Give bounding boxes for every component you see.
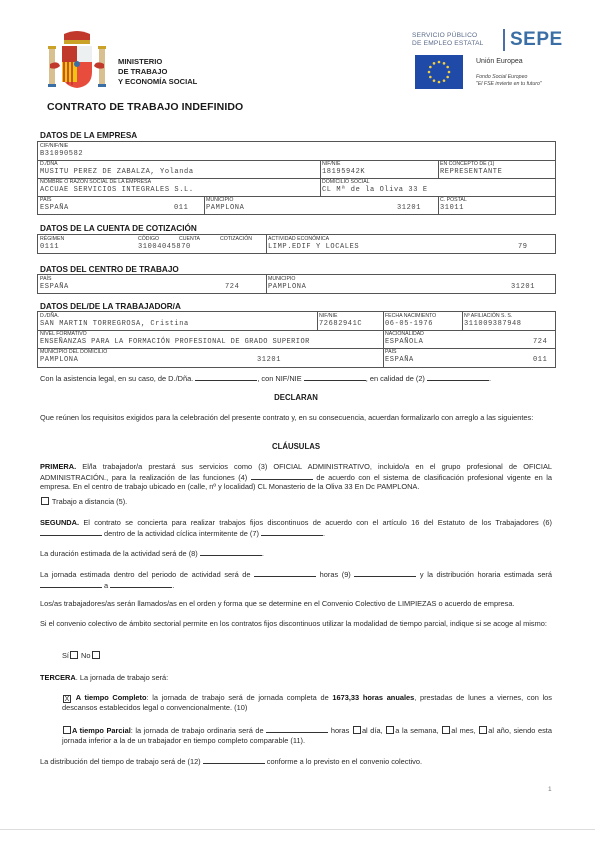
field-value: PAMPLONA [268,283,306,291]
field-value: ESPAÑOLA [385,338,423,346]
empresa-pais-field: PAÍS ESPAÑA 011 [38,196,204,215]
field-label: NIVEL FORMATIVO [40,331,87,337]
llamamiento-text: Los/as trabajadores/as serán llamados/as… [40,599,552,609]
cotizacion-cuenta-field: CÓDIGO CUENTA COTIZACIÓN 31004045870 [136,235,266,253]
field-value: ESPAÑA [385,356,414,364]
field-label: D./DÑA [40,161,58,167]
empresa-cp-field: C. POSTAL 31011 [438,196,555,215]
cotizacion-table: RÉGIMEN 0111 CÓDIGO CUENTA COTIZACIÓN 31… [37,234,556,254]
al-dia-checkbox[interactable] [353,726,361,734]
tiempo-parcial-label: A tiempo Parcial [72,726,131,735]
eu-name: Unión Europea [476,58,523,65]
ministry-line-1: MINISTERIO [118,57,197,67]
duracion-line: La duración estimada de la actividad ser… [40,548,552,559]
jornada-estimada-line: La jornada estimada dentro del periodo d… [40,569,552,590]
field-label: CÓDIGO [138,236,159,242]
declaran-heading: DECLARAN [40,393,552,403]
parcial-horas-blank[interactable] [266,725,328,733]
horario-hasta-blank[interactable] [110,580,172,588]
si-label: Sí [62,651,69,660]
trabajador-nacionalidad-field: NACIONALIDAD ESPAÑOLA 724 [383,330,555,348]
ministry-line-3: Y ECONOMÍA SOCIAL [118,77,197,87]
sepe-service-name: SERVICIO PÚBLICO DE EMPLEO ESTATAL [412,32,484,48]
field-label: RÉGIMEN [40,236,64,242]
clausula-segunda: SEGUNDA. El contrato se concierta para r… [40,518,552,538]
al-anio-checkbox[interactable] [479,726,487,734]
field-label: NOMBRE O RAZÓN SOCIAL DE LA EMPRESA [40,179,151,185]
field-value: PAMPLONA [206,204,244,212]
punctuation: . [489,374,491,383]
trabajo-distancia-option: Trabajo a distancia (5). [40,497,552,507]
eu-fund-slogan: "El FSE invierte en tu futuro" [476,81,542,88]
funciones-blank[interactable] [251,472,313,480]
eu-flag-icon [415,55,463,89]
field-label: COTIZACIÓN [220,236,252,242]
field-value: 0111 [40,243,59,251]
tiempo-parcial-text: : la jornada de trabajo ordinaria será d… [131,726,266,735]
field-value: MUSITU PEREZ DE ZABALZA, Yolanda [40,168,194,176]
segunda-text-cont: dentro de la actividad cíclica intermite… [102,529,261,538]
asistencia-calidad-blank[interactable] [427,373,489,381]
trabajador-nivel-field: NIVEL FORMATIVO ENSEÑANZAS PARA LA FORMA… [38,330,383,348]
cotizacion-regimen-field: RÉGIMEN 0111 [38,235,128,253]
field-value: PAMPLONA [40,356,78,364]
eu-fund-name: Fondo Social Europeo [476,74,542,81]
trabajador-pais-field: PAÍS ESPAÑA 011 [383,348,555,367]
asistencia-name-blank[interactable] [195,373,257,381]
segunda-text: El contrato se concierta para realizar t… [79,518,552,527]
field-code: 724 [533,338,547,346]
tiempo-completo-checkbox[interactable]: X [63,695,71,703]
tiempo-completo-label: A tiempo Completo [76,693,147,702]
clausula-tercera: TERCERA. La jornada de trabajo será: [40,673,552,683]
trabajador-fecha-field: FECHA NACIMIENTO 06-05-1976 [383,312,462,330]
field-label: CUENTA [179,236,200,242]
parcial-horas-text: horas [328,726,352,735]
field-label: PAÍS [385,349,396,355]
field-label: PAÍS [40,197,51,203]
actividad-ciclica-blank[interactable] [261,528,323,536]
field-label: NIF/NIE [322,161,340,167]
field-value: ACCUAE SERVICIOS INTEGRALES S.L. [40,186,194,194]
segunda-label: SEGUNDA. [40,518,79,527]
al-mes-checkbox[interactable] [442,726,450,734]
field-label: ACTIVIDAD ECONÓMICA [268,236,329,242]
tiempo-completo-text: : la jornada de trabajo será de jornada … [147,693,333,702]
document-title: CONTRATO DE TRABAJO INDEFINIDO [47,101,243,113]
empresa-dona-field: D./DÑA MUSITU PEREZ DE ZABALZA, Yolanda [38,160,320,178]
distribucion-text: La distribución del tiempo de trabajo se… [40,757,203,766]
tercera-text: . La jornada de trabajo será: [76,673,168,682]
field-label: D./DÑA. [40,313,59,319]
jornada-a-text: a [102,581,110,590]
cotizacion-actividad-field: ACTIVIDAD ECONÓMICA LIMP.EDIF Y LOCALES … [266,235,555,253]
centro-municipio-field: MUNICIPIO PAMPLONA 31201 [266,275,555,293]
field-label: DOMICILIO SOCIAL [322,179,370,185]
spain-coat-of-arms-logo [46,30,108,92]
duracion-blank[interactable] [200,548,262,556]
centro-table: PAÍS ESPAÑA 724 MUNICIPIO PAMPLONA 31201 [37,274,556,294]
field-label: C. POSTAL [440,197,467,203]
no-label: No [81,651,90,660]
empresa-table: CIF/NIF/NIE B31090582 D./DÑA MUSITU PERE… [37,141,556,215]
jornada-text: La jornada estimada dentro del periodo d… [40,570,254,579]
convenio-text: Si el convenio colectivo de ámbito secto… [40,619,552,629]
field-code: 31201 [397,204,421,212]
trabajo-distancia-label: Trabajo a distancia (5). [52,497,127,506]
field-label: NACIONALIDAD [385,331,424,337]
ministry-name: MINISTERIO DE TRABAJO Y ECONOMÍA SOCIAL [118,57,197,87]
eu-fund: Fondo Social Europeo "El FSE invierte en… [476,74,542,88]
field-value: 31004045870 [138,243,191,251]
duracion-text: La duración estimada de la actividad ser… [40,549,200,558]
si-checkbox[interactable] [70,651,78,659]
al-dia-label: al día, [362,726,383,735]
sepe-logo: SEPE [510,29,563,51]
field-value: ENSEÑANZAS PARA LA FORMACIÓN PROFESIONAL… [40,338,310,346]
declaran-text: Que reúnen los requisitos exigidos para … [40,413,552,423]
primera-label: PRIMERA. [40,462,76,471]
field-value: 31011 [440,204,464,212]
distribucion-blank[interactable] [203,756,265,764]
field-label: MUNICIPIO [206,197,233,203]
trabajador-afiliacion-field: Nº AFILIACIÓN S. S. 311009387948 [462,312,555,330]
trabajador-municipio-field: MUNICIPIO DEL DOMICILIO PAMPLONA 31201 [38,348,383,367]
a-la-semana-label: a la semana, [395,726,438,735]
jornada-horas-text: horas (9) [316,570,354,579]
asistencia-nif-blank[interactable] [304,373,366,381]
field-code: 79 [518,243,528,251]
field-value: CL Mª de la Oliva 33 E [322,186,428,194]
trabajador-table: D./DÑA. SAN MARTIN TORREGROSA, Cristina … [37,311,556,368]
clausulas-heading: CLÁUSULAS [40,442,552,452]
asistencia-calidad-text: , en calidad de (2) [366,374,425,383]
field-label: EN CONCEPTO DE (1) [440,161,494,167]
field-value: 18195942K [322,168,365,176]
field-label: CIF/NIF/NIE [40,143,68,149]
field-value: ESPAÑA [40,283,69,291]
jornada-distribucion-text: y la distribución horaria estimada será [416,570,552,579]
asistencia-legal-line: Con la asistencia legal, en su caso, de … [40,373,552,384]
section-title-cotizacion: DATOS DE LA CUENTA DE COTIZACIÓN [40,224,197,233]
empresa-domicilio-field: DOMICILIO SOCIAL CL Mª de la Oliva 33 E [320,178,555,196]
field-code: 011 [533,356,547,364]
page-number: 1 [548,786,552,793]
footer-divider [0,829,595,830]
asistencia-nif-text: , con NIF/NIE [257,374,301,383]
field-value: 311009387948 [464,320,522,328]
trabajador-dona-field: D./DÑA. SAN MARTIN TORREGROSA, Cristina [38,312,317,330]
field-label: MUNICIPIO DEL DOMICILIO [40,349,107,355]
distribucion-line: La distribución del tiempo de trabajo se… [40,756,552,767]
tiempo-parcial-checkbox[interactable] [63,726,71,734]
trabajador-nif-field: NIF/NIE 72682941C [317,312,383,330]
tercera-label: TERCERA [40,673,76,682]
tiempo-completo-option: X A tiempo Completo: la jornada de traba… [62,693,552,713]
field-value: SAN MARTIN TORREGROSA, Cristina [40,320,189,328]
field-value: LIMP.EDIF Y LOCALES [268,243,359,251]
jornada-horas-blank[interactable] [254,569,316,577]
al-mes-label: al mes, [451,726,475,735]
no-checkbox[interactable] [92,651,100,659]
field-code: 011 [174,204,188,212]
empresa-nif-field: NIF/NIE 18195942K [320,160,438,178]
field-label: NIF/NIE [319,313,337,319]
horas-anuales: 1673,33 horas anuales [332,693,414,702]
field-value: ESPAÑA [40,204,69,212]
field-code: 31201 [511,283,535,291]
tiempo-parcial-option: A tiempo Parcial: la jornada de trabajo … [62,725,552,745]
field-label: Nº AFILIACIÓN S. S. [464,313,512,319]
sepe-divider [503,29,505,51]
field-value: REPRESENTANTE [440,168,502,176]
sepe-service-line-2: DE EMPLEO ESTATAL [412,40,484,48]
a-la-semana-checkbox[interactable] [386,726,394,734]
empresa-razon-field: NOMBRE O RAZÓN SOCIAL DE LA EMPRESA ACCU… [38,178,320,196]
asistencia-text: Con la asistencia legal, en su caso, de … [40,374,193,383]
field-label: FECHA NACIMIENTO [385,313,436,319]
articulo-blank[interactable] [40,528,102,536]
section-title-centro: DATOS DEL CENTRO DE TRABAJO [40,265,179,274]
empresa-cif-field: CIF/NIF/NIE B31090582 [38,142,555,160]
empresa-concepto-field: EN CONCEPTO DE (1) REPRESENTANTE [438,160,555,178]
empresa-municipio-field: MUNICIPIO PAMPLONA 31201 [204,196,438,215]
field-code: 724 [225,283,239,291]
centro-pais-field: PAÍS ESPAÑA 724 [38,275,266,293]
sepe-service-line-1: SERVICIO PÚBLICO [412,32,484,40]
field-code: 31201 [257,356,281,364]
field-label: MUNICIPIO [268,276,295,282]
distribucion-text-cont: conforme a lo previsto en el convenio co… [265,757,422,766]
jornada-periodo-blank[interactable] [354,569,416,577]
section-title-empresa: DATOS DE LA EMPRESA [40,131,137,140]
si-no-options: Sí No [62,651,262,661]
section-title-trabajador: DATOS DEL/DE LA TRABAJADOR/A [40,302,181,311]
ministry-line-2: DE TRABAJO [118,67,197,77]
horario-desde-blank[interactable] [40,580,102,588]
field-value: 72682941C [319,320,362,328]
field-label: PAÍS [40,276,51,282]
field-value: 06-05-1976 [385,320,433,328]
trabajo-distancia-checkbox[interactable] [41,497,49,505]
field-value: B31090582 [40,150,83,158]
clausula-primera: PRIMERA. El/la trabajador/a prestará sus… [40,462,552,492]
